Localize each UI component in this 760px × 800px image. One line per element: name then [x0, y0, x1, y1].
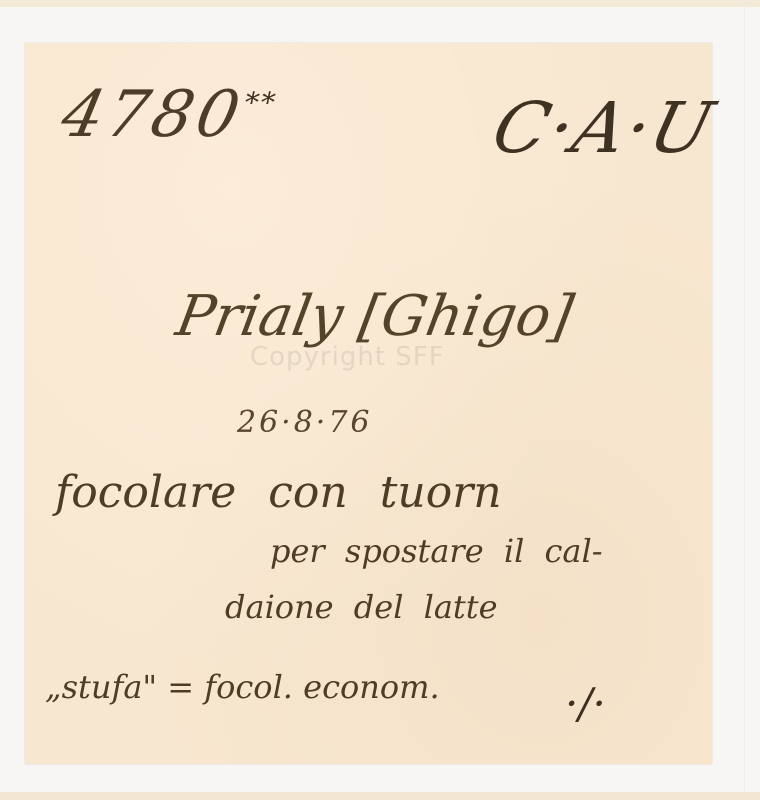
record-date: 26·8·76	[237, 408, 373, 438]
accession-number-value: 4780	[55, 78, 250, 152]
description-line-2: per spostare il cal-	[270, 535, 603, 567]
description-line-3: daione del latte	[225, 591, 498, 623]
mount-right-edge	[744, 0, 745, 800]
end-mark: ·/·	[565, 683, 606, 725]
accession-number: 4780**	[56, 83, 280, 147]
mount-bottom-strip	[0, 792, 760, 800]
archival-card: 4780** C·A·U Prialy [Ghigo] 26·8·76 foco…	[25, 43, 712, 764]
copyright-watermark: Copyright SFF	[250, 342, 445, 372]
description-line-1: focolare con tuorn	[55, 471, 502, 515]
description-line-4: „stufa" = focol. econom.	[45, 671, 440, 703]
mount-top-strip	[0, 0, 760, 7]
accession-star-marks: **	[241, 86, 280, 119]
place-name: Prialy [Ghigo]	[172, 289, 577, 345]
collection-code: C·A·U	[486, 93, 721, 163]
